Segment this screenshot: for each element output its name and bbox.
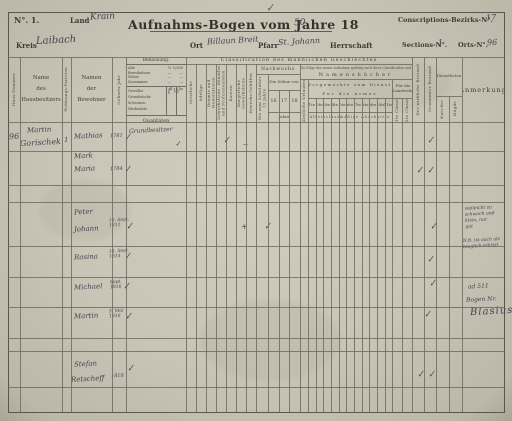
- grid-vline: [462, 57, 463, 412]
- nachwuchs-sons-label: Die Söhne von: [268, 74, 300, 90]
- inhabitant-name: Mathias: [74, 131, 103, 140]
- grid-vline: [289, 90, 290, 412]
- grid-vline: [369, 98, 370, 412]
- landwehr-col-1: 1te Classe: [392, 98, 402, 122]
- class-col-geistliche: Geistliche: [186, 64, 196, 122]
- grid-hline: [186, 64, 412, 65]
- party-column-header: Wohnungs-Parteien: [62, 57, 71, 122]
- remark-note: ad 511: [468, 282, 489, 290]
- grid-vline: [339, 98, 340, 412]
- grid-hline: [268, 112, 300, 113]
- age-class-cell: 1te: [308, 98, 316, 112]
- class-col-bauern: Bauern: [226, 64, 236, 122]
- ort-label: Ort: [190, 41, 203, 50]
- landwehr-label: Für die Landwehr: [392, 79, 414, 98]
- grid-vline: [236, 64, 237, 412]
- grid-vline: [186, 57, 187, 412]
- grid-hline: [308, 98, 392, 99]
- pfarr-label: Pfarr: [258, 41, 278, 50]
- tally-check: ✓: [415, 165, 424, 176]
- inhabitant-birth: 3. Mai 1816: [109, 309, 124, 321]
- title-underline: [150, 31, 332, 32]
- age-class-cell: 9te: [369, 98, 377, 112]
- service-subtitle-line1: Zu Folge der neuen Aufnahme gehörig nach…: [300, 64, 412, 71]
- form-title: Aufnahms-Bogen vom Jahre 18: [128, 17, 359, 32]
- grid-vline: [20, 57, 21, 412]
- margin-house-number-handwriting: 96: [9, 132, 20, 142]
- nachwuchs-age-18: 18: [289, 90, 300, 112]
- grid-vline: [323, 98, 324, 412]
- owner-name-handwriting: Martin: [27, 125, 52, 134]
- grid-hline: [8, 387, 504, 388]
- age-class-cell: 3te: [323, 98, 331, 112]
- land-value-handwriting: Krain: [90, 11, 116, 22]
- grid-vline: [71, 57, 72, 412]
- service-subtitle-line2: Namensbücher: [300, 71, 412, 79]
- inhabitants-column-header: Namen der Bewohner: [71, 57, 112, 122]
- tally-check: ✓: [427, 369, 436, 380]
- tally-check: ✓: [174, 140, 181, 149]
- grid-hline: [8, 338, 504, 339]
- age-class-cell: 6te: [346, 98, 354, 112]
- grid-hline: [8, 151, 504, 152]
- actual-stand-column: Der wirkliche Bestand: [412, 57, 424, 122]
- grid-vline: [402, 98, 403, 412]
- remark-note: vielleicht zu schwach und klein, nur gut: [464, 205, 495, 231]
- grid-vline: [226, 64, 227, 412]
- grid-vline: [246, 64, 247, 412]
- grid-vline: [126, 57, 127, 412]
- behausung-sub-row: Werkstätte: [128, 107, 164, 113]
- conscription-value-handwriting: 17: [486, 13, 497, 23]
- grid-hline: [300, 79, 412, 80]
- orts-value-handwriting: 96: [487, 38, 498, 48]
- grid-vline: [436, 57, 437, 412]
- nachwuchs-school-col: Bis zum Schulalter 15 Jahre: [256, 74, 268, 122]
- owner-column-header: Name des Hausbesitzers: [20, 57, 62, 122]
- leave-column: Zeitliche Urlauber: [300, 79, 308, 122]
- land-label: Land: [70, 16, 89, 25]
- grid-hline: [256, 74, 300, 75]
- class-col-buergerliche: Bürgerliche Gewerbsleute: [236, 64, 246, 122]
- landwehr-col-2: 2te Classe: [402, 98, 412, 122]
- tally-plus: +: [240, 221, 248, 231]
- servants-col-knechte: Knechte: [436, 96, 449, 122]
- grid-vline: [300, 64, 301, 412]
- behausung-sub-labels: Gewölbe Grundstücke Scheunen Werkstätte: [126, 87, 166, 115]
- grid-vline: [377, 98, 378, 412]
- tally-check: ✓: [426, 254, 435, 265]
- birth-year-column-header: Geburts-Jahr: [112, 57, 126, 122]
- sheet-number: N°. 1.: [14, 15, 39, 25]
- grid-hline: [8, 246, 504, 247]
- grid-vline: [362, 98, 363, 412]
- grid-vline: [206, 64, 207, 412]
- grid-vline: [256, 64, 257, 412]
- grid-vline: [268, 74, 269, 412]
- inhabitant-name: Peter: [74, 208, 93, 217]
- tally-check: ✓: [426, 165, 435, 176]
- inhabitant-name: Michael: [74, 282, 103, 291]
- grid-hline: [8, 307, 504, 308]
- grid-vline: [112, 57, 113, 412]
- age-class-cell: 4te: [331, 98, 339, 112]
- remark-column-header: Anmerkung: [462, 57, 504, 122]
- tally-check: ✓: [123, 132, 132, 143]
- grid-hline: [8, 57, 504, 58]
- grid-vline: [331, 98, 332, 412]
- behausung-value-handwriting: 1 ½: [167, 87, 180, 96]
- tally-check: ✓: [126, 363, 135, 374]
- behausung-row-value: —: [160, 80, 172, 85]
- grid-hline: [8, 185, 504, 186]
- inhabitant-name: Johann: [74, 224, 99, 233]
- inhabitant-name: Maria: [74, 164, 95, 173]
- sections-value-handwriting: 1: [438, 38, 444, 47]
- grid-hline: [8, 122, 504, 123]
- behausung-title: Behausung.: [126, 57, 186, 65]
- grid-hline: [268, 90, 300, 91]
- grid-vline: [424, 57, 425, 412]
- grid-vline: [62, 57, 63, 412]
- herrschaft-label: Herrschaft: [330, 41, 373, 50]
- nachwuchs-age-17: 17: [279, 90, 289, 112]
- classification-heading: Classification des männlichen Geschlecht…: [186, 57, 412, 64]
- grid-vline: [412, 57, 413, 412]
- kreis-value-handwriting: Laibach: [36, 34, 77, 47]
- grid-hline: [392, 98, 412, 99]
- servants-title: Dienstboten: [436, 57, 462, 96]
- tally-check: ✓: [123, 164, 132, 175]
- nachwuchs-title: Nachwuchs: [256, 64, 300, 74]
- inhabitant-name: Mark: [74, 152, 93, 161]
- grid-vline: [316, 98, 317, 412]
- army-label: Für die Armee: [308, 89, 392, 98]
- grid-vline: [216, 64, 217, 412]
- grid-vline: [354, 98, 355, 412]
- inhabitant-name: Stefan: [74, 359, 97, 368]
- orts-label: Orts-N°.: [458, 41, 488, 49]
- grid-hline: [8, 351, 504, 352]
- grid-hline: [8, 202, 504, 203]
- tally-check: ✓: [123, 251, 132, 262]
- census-form-scan: N°. 1. Land Krain Aufnahms-Bogen vom Jah…: [0, 0, 512, 421]
- tally-check: ✓: [426, 135, 435, 146]
- grid-vline: [346, 98, 347, 412]
- servants-col-maegde: Mägde: [449, 96, 462, 122]
- grid-vline: [279, 90, 280, 412]
- grid-hline: [8, 277, 504, 278]
- house-number-column-header: Haus-Nummer: [8, 57, 20, 122]
- class-col-gehilfen: Erwerbs-Gehilfen: [246, 64, 256, 122]
- class-col-adelige: Adelige: [196, 64, 206, 122]
- behausung-block1: Alte¾1/300 Bewohnbare—— Wüste—— Zusammen…: [126, 65, 186, 87]
- grid-vline: [385, 98, 386, 412]
- behausung-row-value: —: [172, 80, 184, 85]
- party-number-handwriting: 1: [64, 136, 69, 144]
- inhabitant-name: Rosina: [74, 252, 98, 261]
- class-col-beamte: Beamte und Honoratioren: [206, 64, 216, 122]
- service-title: Vorgemerkte zum Dienst: [308, 79, 392, 89]
- class-col-gewerbsleute: Gewerbsleute, Künstler und Professionist…: [216, 64, 226, 122]
- behausung-row-label: Zusammen: [128, 80, 160, 85]
- year-handwriting: 50: [294, 18, 306, 29]
- grid-hline: [436, 96, 462, 97]
- conscription-label: Conscriptions-Bezirks-N°.: [398, 16, 493, 24]
- kreis-label: Kreis: [16, 41, 37, 50]
- nachwuchs-age-16: 16: [268, 90, 279, 112]
- remark-note: N.B. ist auch als tauglich erklärt: [463, 237, 501, 251]
- grid-hline: [308, 112, 392, 113]
- check-mark: ✓: [265, 2, 275, 14]
- grid-vline: [196, 64, 197, 412]
- inhabitant-name: Martin: [74, 311, 99, 320]
- total-stand-column: Gesammter Bestand: [424, 57, 436, 122]
- age-class-row: 1te 2te 3te 4te 5te 6te 7te 8te 9te 10te…: [308, 98, 392, 112]
- age-class-footer: Altersclassmäßige Abschnitte: [308, 112, 392, 122]
- grid-vline: [449, 96, 450, 412]
- nachwuchs-years-label: Jahre: [268, 112, 300, 122]
